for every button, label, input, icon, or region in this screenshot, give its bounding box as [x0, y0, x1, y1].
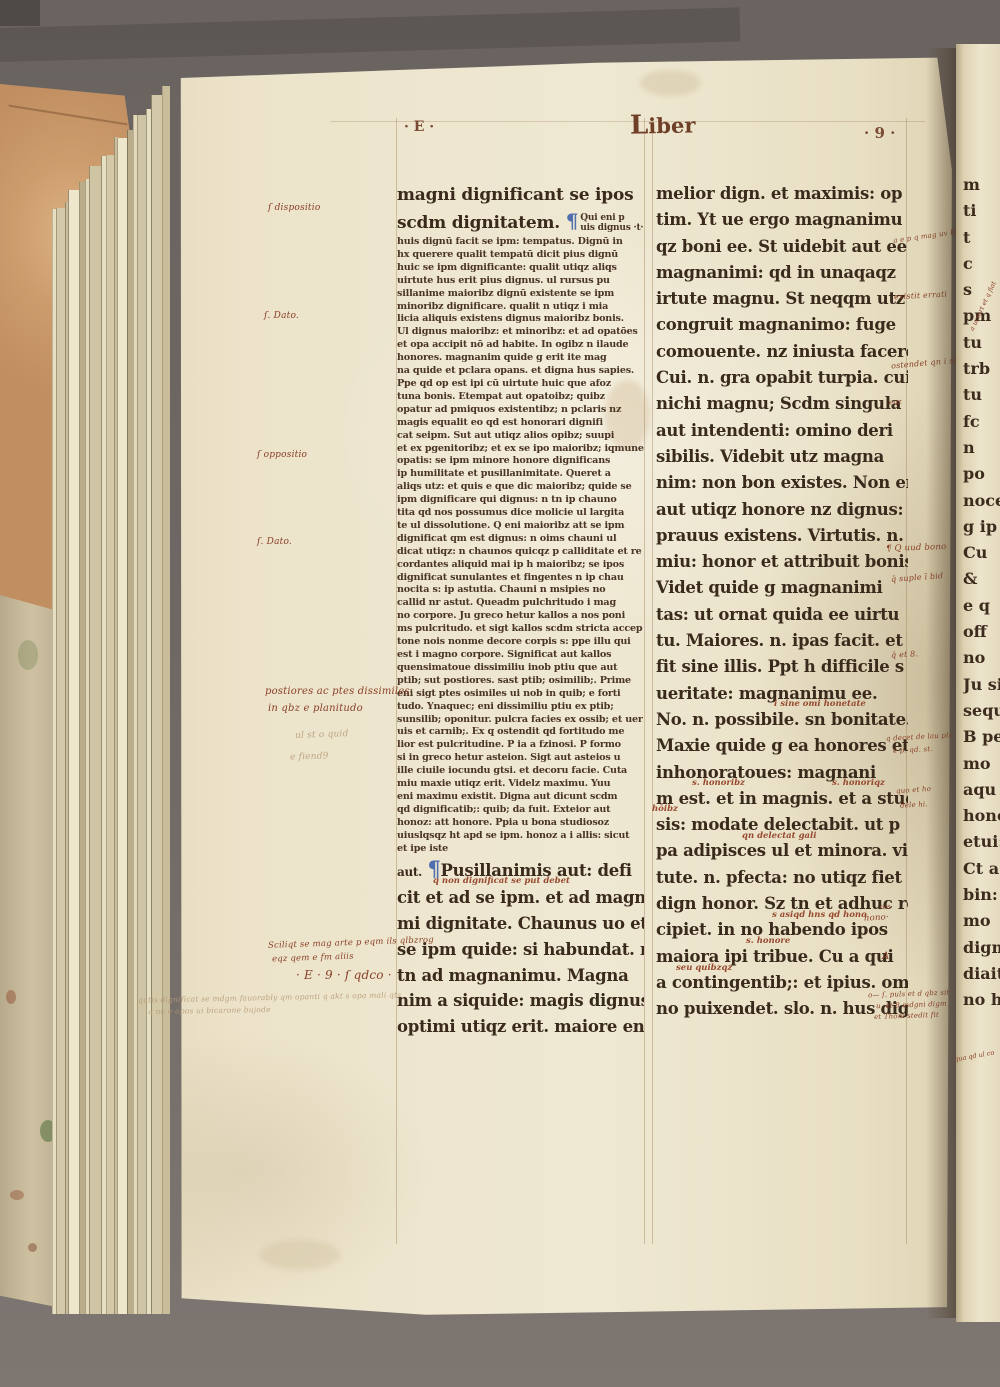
- parchment-stain: [640, 70, 700, 96]
- text-column-left: magni dignificant se ipos scdm dignitate…: [397, 182, 644, 1040]
- margin-note-siglum: · E · 9 · ſ qdco ·: [296, 968, 392, 982]
- text-line: mo: [963, 908, 1000, 934]
- text-line: qz boni ee. St uidebit aut ee: [656, 234, 908, 260]
- text-line: mi dignitate. Chaunus uo et ad: [397, 911, 644, 937]
- text-column-right: melior dign. et maximis: optim. Yt ue er…: [656, 181, 908, 1023]
- text-line: prauus existens. Virtutis. n. pre: [656, 523, 908, 549]
- margin-note: ſ dispositio: [268, 203, 320, 213]
- text-line: aut utiqz honore nz dignus:: [656, 497, 908, 523]
- text-line: tn ad magnanimu. Magna: [397, 963, 644, 989]
- text-line: bin: y: [963, 882, 1000, 908]
- running-header-left: · E ·: [404, 119, 434, 135]
- interlinear-gloss: s asiqd hns qd hono: [772, 910, 867, 920]
- text-line: tu. Maiores. n. ipas facit. et no: [656, 628, 908, 654]
- text-line: no corpore. Ju greco hetur kallos a nos …: [397, 610, 644, 623]
- text-line: et ex pgenitoribz; et ex se ipo maioribz…: [397, 443, 644, 456]
- margin-note: eqz: [889, 397, 903, 406]
- interlinear-gloss: i sine omi honetate: [774, 699, 866, 709]
- margin-note-mark: A: [882, 951, 889, 962]
- interlinear-gloss: s. honoriqz: [832, 778, 885, 788]
- text-line: eni sigt ptes osimiles ui nob in quib; e…: [397, 688, 644, 701]
- text-line: Maxie quide g ea honores et: [656, 733, 908, 759]
- text-line: huic se ipm dignificante: qualit utiqz a…: [397, 262, 644, 275]
- text-line: qd dignificatib;: quib; da fuit. Exteior…: [397, 804, 644, 817]
- interlinear-gloss: s. honoribz: [692, 778, 745, 788]
- text-line: cordantes aliquid mai ip h maioribz; se …: [397, 559, 644, 572]
- text-line: &: [963, 566, 1000, 592]
- text-line: e q: [963, 593, 1000, 619]
- text-line: No. n. possibile. sn bonitate.: [656, 707, 908, 733]
- text-line: comouente. nz iniusta facere.: [656, 339, 908, 365]
- text-line: dignificat sunulantes et fingentes n ip …: [397, 572, 644, 585]
- text-line: opatur ad pmiquos existentibz; n pclaris…: [397, 404, 644, 417]
- text-line: tone nois nonme decore corpis s: ppe ill…: [397, 636, 644, 649]
- text-line: quensimatoue dissimiliu inob ptiu que au…: [397, 662, 644, 675]
- interlinear-gloss: qn delectat gali: [742, 831, 816, 841]
- text-line: no: [963, 645, 1000, 671]
- interlinear-gloss: seu quibzqz: [676, 963, 732, 973]
- text-line: ip humilitate et pusillanimitate. Queret…: [397, 468, 644, 481]
- text-line: m: [963, 172, 1000, 198]
- text-line: nocita s: ip astutia. Chauni n msipies n…: [397, 584, 644, 597]
- text-line: aut intendenti: omino deri: [656, 418, 908, 444]
- text-line: noce: [963, 488, 1000, 514]
- text-line: n: [963, 435, 1000, 461]
- text-line: na quide et pclara opans. et digna hus s…: [397, 365, 644, 378]
- text-line: dignificat qm est dignus: n oims chauni …: [397, 533, 644, 546]
- text-line: honores. magnanim quide g erit ite mag: [397, 352, 644, 365]
- margin-note: ſ. Dato.: [257, 537, 292, 547]
- text-line: est i magno corpore. Significat aut kall…: [397, 649, 644, 662]
- background-shadow-corner: [0, 0, 40, 26]
- text-line: cat seipm. Sut aut utiqz alios opibz; su…: [397, 430, 644, 443]
- text-line: miu: honor et attribuit bonis.: [656, 549, 908, 575]
- text-line: se ipm quide: si habundat. non: [397, 937, 644, 963]
- text-line: magnanimi: qd in unaqaqz: [656, 260, 908, 286]
- text-line: ille ciuile iocundu gtsi. et decoru faci…: [397, 765, 644, 778]
- text-line: ipm dignificare qui dignus: n tn ip chau…: [397, 494, 644, 507]
- interlinear-gloss: q non dignificat se put debet: [433, 876, 570, 886]
- text-line: tim. Yt ue ergo magnanimu: [656, 207, 908, 233]
- text-line: Videt quide g magnanimi: [656, 575, 908, 601]
- background-seam: [0, 7, 740, 62]
- ruling-line-vertical: [652, 118, 653, 1244]
- text-line: uirtute hus erit pius dignus. ul rursus …: [397, 275, 644, 288]
- text-line: lior est pulcritudine. P ia a fzinosi. P…: [397, 739, 644, 752]
- margin-note-erased: ul st o quid: [295, 729, 349, 741]
- text-line: si in greco hetur asteion. Sigt aut aste…: [397, 752, 644, 765]
- rust-stain: [28, 1243, 37, 1252]
- next-page-edge: mtitcspmtutrbtufcnponoceg ipCu&e qoffnoJ…: [956, 44, 1000, 1322]
- text-line: po: [963, 461, 1000, 487]
- text-line: Ppe qd op est ipi cū uirtute huic que af…: [397, 378, 644, 391]
- text-line: digm: [963, 935, 1000, 961]
- text-line: tu: [963, 330, 1000, 356]
- text-line: fc: [963, 409, 1000, 435]
- text-line: ti: [963, 198, 1000, 224]
- text-line: cit et ad se ipm. et ad magnam: [397, 885, 644, 911]
- text-line: et opa accipit nō ad habite. In ogibz n …: [397, 339, 644, 352]
- text-line: honoz: att honore. Ppia u bona studiosoz: [397, 817, 644, 830]
- margin-note: ſ. Dato.: [264, 311, 299, 321]
- text-line: opatis: se ipm minore honore dignificans: [397, 455, 644, 468]
- page-edge-strip: [162, 86, 170, 1314]
- text-line: pa adipisces ul et minora. vir: [656, 838, 908, 864]
- text-line: nichi magnu; Scdm singula: [656, 391, 908, 417]
- text-line: Cui. n. gra opabit turpia. cui: [656, 365, 908, 391]
- text-line: minoribz dignificare. qualit n utiqz i m…: [397, 301, 644, 314]
- text-line: magis equalit eo qd est honorari dignifi: [397, 417, 644, 430]
- interlinear-gloss: s. honore: [746, 936, 790, 946]
- text-line: m est. et in magnis. et a studio: [656, 786, 908, 812]
- text-line: hx querere qualit tempatū dicit pius dig…: [397, 249, 644, 262]
- text-line: mo: [963, 751, 1000, 777]
- text-line: optimi utiqz erit. maiore eni sep: [397, 1014, 644, 1040]
- text-line: tita qd nos possumus dice molicie ul lar…: [397, 507, 644, 520]
- parchment-stain: [260, 1240, 340, 1270]
- margin-note: q̄ et 8.: [891, 649, 919, 659]
- text-line: Ju si: [963, 672, 1000, 698]
- text-line: no puixendet. slo. n. hus dig: [656, 996, 908, 1022]
- text-line: licia aliquis existens dignus maioribz b…: [397, 313, 644, 326]
- text-line: sunsilib; oponitur. pulcra facies ex oss…: [397, 714, 644, 727]
- text-line: callid nr astut. Queadm pulchritudo i ma…: [397, 597, 644, 610]
- interlinear-gloss: hōibz: [652, 804, 678, 814]
- text-line: ms pulcritudo. et sigt kallos scdm stric…: [397, 623, 644, 636]
- text-line: c: [963, 251, 1000, 277]
- ruling-line-vertical: [644, 118, 645, 1244]
- text-line: fit sine illis. Ppt h difficile s: [656, 654, 908, 680]
- text-line: B pe: [963, 724, 1000, 750]
- moss-stain: [18, 640, 38, 670]
- text-line: huis dignū facit se ipm: tempatus. Dignū…: [397, 236, 644, 249]
- text-line: dicat utiqz: n chaunos quicqz p callidit…: [397, 546, 644, 559]
- text-line: hono: [963, 803, 1000, 829]
- text-line: congruit magnanimo: fuge: [656, 312, 908, 338]
- text-line: uiuslqsqz ht apd se ipm. honoz a i allis…: [397, 830, 644, 843]
- text-line: te ul dissolutione. Q eni maioribz att s…: [397, 520, 644, 533]
- lemma-line: scdm dignitatem. ¶Qui eni puis dignus ·t…: [397, 208, 644, 236]
- blue-paraph-icon: ¶: [566, 209, 579, 233]
- text-line: nim: non bon existes. Non erit: [656, 470, 908, 496]
- margin-note: ſ oppositio: [257, 450, 307, 460]
- text-line: melior dign. et maximis: op: [656, 181, 908, 207]
- inline-commentary-start: Qui eni puis dignus ·t·: [580, 213, 643, 233]
- running-header-title: Liber: [630, 109, 696, 140]
- text-line: sequ: [963, 698, 1000, 724]
- text-line: eni maximu existit. Digna aut dicunt scd…: [397, 791, 644, 804]
- text-line: nim a siquide: magis dignus: [397, 988, 644, 1014]
- page-edge-stack: [50, 66, 180, 1314]
- text-line: ptib; sut postiores. sast ptib; osimilib…: [397, 675, 644, 688]
- margin-note: in qbz e planitudo: [268, 703, 363, 714]
- text-line: tas: ut ornat quida ee uirtu: [656, 602, 908, 628]
- text-line: tute. n. pfecta: no utiqz fiet: [656, 865, 908, 891]
- text-line: uis et carnib;. Ex q ostendit qd fortitu…: [397, 726, 644, 739]
- text-line: Cu: [963, 540, 1000, 566]
- margin-note: qua qd ul co: [956, 1049, 995, 1064]
- text-line: Ct a lii: [963, 856, 1000, 882]
- text-line: sibilis. Videbit utz magna: [656, 444, 908, 470]
- margin-note: postiores ac ptes dissimiles: [265, 686, 410, 697]
- lemma-line: magni dignificant se ipos: [397, 182, 644, 208]
- text-line: no hn: [963, 987, 1000, 1013]
- text-line: g ip: [963, 514, 1000, 540]
- manuscript-photo: · E · Liber · 9 · magni dignificant se i…: [0, 0, 1000, 1387]
- text-line: irtute magnu. St neqqm utz: [656, 286, 908, 312]
- gutter-shadow: [926, 48, 960, 1318]
- text-line: trb: [963, 356, 1000, 382]
- text-line: tudo. Ynaquec; eni dissimiliu ptiu ex pt…: [397, 701, 644, 714]
- margin-note: dele hi.: [900, 800, 928, 809]
- text-line: aqu: [963, 777, 1000, 803]
- rust-stain: [10, 1190, 24, 1200]
- text-line: et ipe iste: [397, 843, 644, 856]
- margin-note-erased: e fiend9: [290, 751, 329, 762]
- text-line: t: [963, 225, 1000, 251]
- running-header-folio-number: · 9 ·: [864, 124, 895, 142]
- commentary-block: huis dignū facit se ipm: tempatus. Dignū…: [397, 236, 644, 856]
- lemma-lines: melior dign. et maximis: optim. Yt ue er…: [656, 181, 908, 1023]
- rust-stain: [6, 990, 16, 1004]
- text-line: miu maxie utiqz erit. Videlz maximu. Yuu: [397, 778, 644, 791]
- text-line: diait: [963, 961, 1000, 987]
- text-line: Ul dignus maioribz: et minoribz: et ad o…: [397, 326, 644, 339]
- text-line: tuna bonis. Etempat aut opatoibz; quibz: [397, 391, 644, 404]
- margin-note: hono·: [864, 912, 889, 923]
- text-line: aliqs utz: et quis e que dic maioribz; q…: [397, 481, 644, 494]
- margin-note: ros: [879, 903, 891, 912]
- text-line: etui:: [963, 829, 1000, 855]
- text-line: sillanime maioribz dignū existente se ip…: [397, 288, 644, 301]
- text-line: off: [963, 619, 1000, 645]
- text-line: tu: [963, 382, 1000, 408]
- lemma-lines: cit et ad se ipm. et ad magnammi dignita…: [397, 885, 644, 1040]
